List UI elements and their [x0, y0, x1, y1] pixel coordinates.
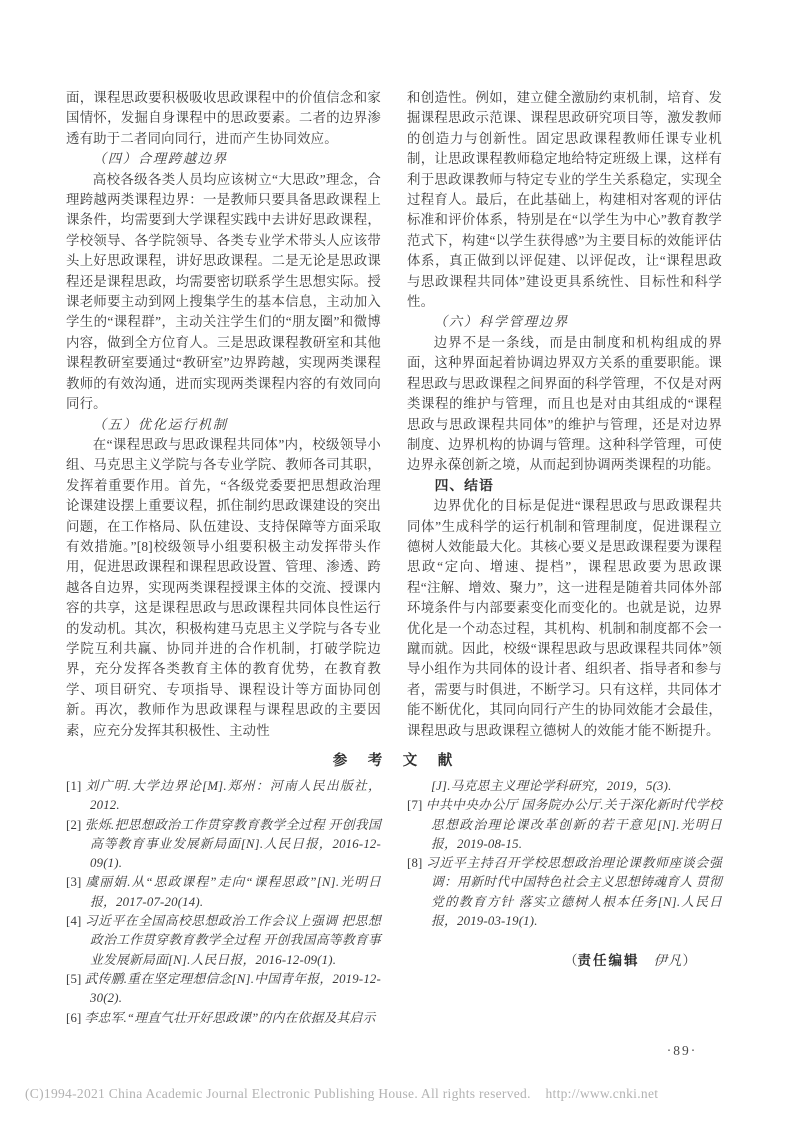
reference-text: 习近平主持召开学校思想政治理论课教师座谈会强调：用新时代中国特色社会主义思想铸魂…	[426, 856, 722, 928]
reference-marker: [6]	[66, 1011, 82, 1025]
references-columns: [1]刘广明.大学边界论[M].郑州：河南人民出版社，2012. [2]张烁.把…	[66, 777, 722, 1028]
section-heading-6: （六）科学管理边界	[407, 312, 722, 332]
references-heading: 参 考 文 献	[66, 749, 722, 770]
reference-text: 刘广明.大学边界论[M].郑州：河南人民出版社，2012.	[85, 779, 381, 812]
body-text-columns: 面，课程思政要积极吸收思政课程中的价值信念和家国情怀，发掘自身课程中的思政要素。…	[66, 88, 722, 741]
reference-text: 李忠军.“理直气壮开好思政课”的内在依据及其启示	[85, 1011, 376, 1025]
references-column-right: [J].马克思主义理论学科研究，2019，5(3). [7]中共中央办公厅 国务…	[407, 777, 722, 1028]
column-right: 和创造性。例如，建立健全激励约束机制，培育、发掘课程思政示范课、课程思政研究项目…	[407, 88, 722, 741]
section-heading-5: （五）优化运行机制	[66, 415, 381, 435]
conclusion-heading: 四、结语	[407, 476, 722, 496]
references-column-left: [1]刘广明.大学边界论[M].郑州：河南人民出版社，2012. [2]张烁.把…	[66, 777, 381, 1028]
paragraph: 边界优化的目标是促进“课程思政与思政课程共同体”生成科学的运行机制和管理制度，促…	[407, 496, 722, 741]
reference-marker: [3]	[66, 875, 82, 889]
reference-text: 习近平在全国高校思想政治工作会议上强调 把思想政治工作贯穿教育教学全过程 开创我…	[85, 914, 381, 967]
editor-paren-close: ）	[683, 953, 697, 968]
reference-marker: [8]	[407, 856, 423, 870]
reference-item: [5]武传鹏.重在坚定理想信念[N].中国青年报，2019-12-30(2).	[66, 970, 381, 1009]
reference-item: [4]习近平在全国高校思想政治工作会议上强调 把思想政治工作贯穿教育教学全过程 …	[66, 912, 381, 970]
paragraph: 在“课程思政与思政课程共同体”内，校级领导小组、马克思主义学院与各专业学院、教师…	[66, 435, 381, 741]
reference-marker: [7]	[407, 798, 423, 812]
reference-item: [6]李忠军.“理直气壮开好思政课”的内在依据及其启示	[66, 1009, 381, 1028]
reference-text: 中共中央办公厅 国务院办公厅.关于深化新时代学校思想政治理论课改革创新的若干意见…	[426, 798, 722, 851]
reference-item-continuation: [J].马克思主义理论学科研究，2019，5(3).	[407, 777, 722, 796]
reference-text: [J].马克思主义理论学科研究，2019，5(3).	[431, 779, 672, 793]
reference-marker: [2]	[66, 818, 82, 832]
section-heading-4: （四）合理跨越边界	[66, 149, 381, 169]
editor-paren-open: （	[564, 953, 578, 968]
reference-item: [8]习近平主持召开学校思想政治理论课教师座谈会强调：用新时代中国特色社会主义思…	[407, 854, 722, 931]
reference-item: [2]张烁.把思想政治工作贯穿教育教学全过程 开创我国高等教育事业发展新局面[N…	[66, 816, 381, 874]
reference-item: [1]刘广明.大学边界论[M].郑州：河南人民出版社，2012.	[66, 777, 381, 816]
reference-item: [3]虞丽娟.从“思政课程”走向“课程思政”[N].光明日报，2017-07-2…	[66, 873, 381, 912]
column-left: 面，课程思政要积极吸收思政课程中的价值信念和家国情怀，发掘自身课程中的思政要素。…	[66, 88, 381, 741]
paragraph-continuation: 和创造性。例如，建立健全激励约束机制，培育、发掘课程思政示范课、课程思政研究项目…	[407, 88, 722, 312]
reference-marker: [5]	[66, 972, 82, 986]
reference-text: 虞丽娟.从“思政课程”走向“课程思政”[N].光明日报，2017-07-20(1…	[85, 875, 381, 908]
article-body: 面，课程思政要积极吸收思政课程中的价值信念和家国情怀，发掘自身课程中的思政要素。…	[66, 88, 722, 1028]
reference-text: 张烁.把思想政治工作贯穿教育教学全过程 开创我国高等教育事业发展新局面[N].人…	[85, 818, 381, 871]
paragraph-continuation: 面，课程思政要积极吸收思政课程中的价值信念和家国情怀，发掘自身课程中的思政要素。…	[66, 88, 381, 149]
editor-name: 伊凡	[654, 953, 683, 968]
reference-item: [7]中共中央办公厅 国务院办公厅.关于深化新时代学校思想政治理论课改革创新的若…	[407, 796, 722, 854]
editor-note: （责任编辑伊凡）	[407, 949, 722, 969]
document-page: 面，课程思政要积极吸收思政课程中的价值信念和家国情怀，发掘自身课程中的思政要素。…	[0, 0, 794, 1123]
reference-text: 武传鹏.重在坚定理想信念[N].中国青年报，2019-12-30(2).	[85, 972, 381, 1005]
footer-copyright: (C)1994-2021 China Academic Journal Elec…	[25, 1086, 785, 1102]
reference-marker: [1]	[66, 779, 82, 793]
reference-marker: [4]	[66, 914, 82, 928]
paragraph: 边界不是一条线，而是由制度和机构组成的界面，这种界面起着协调边界双方关系的重要职…	[407, 333, 722, 476]
editor-label: 责任编辑	[578, 953, 640, 968]
page-number: ·89·	[617, 1043, 747, 1059]
paragraph: 高校各级各类人员均应该树立“大思政”理念，合理跨越两类课程边界：一是教师只要具备…	[66, 170, 381, 415]
